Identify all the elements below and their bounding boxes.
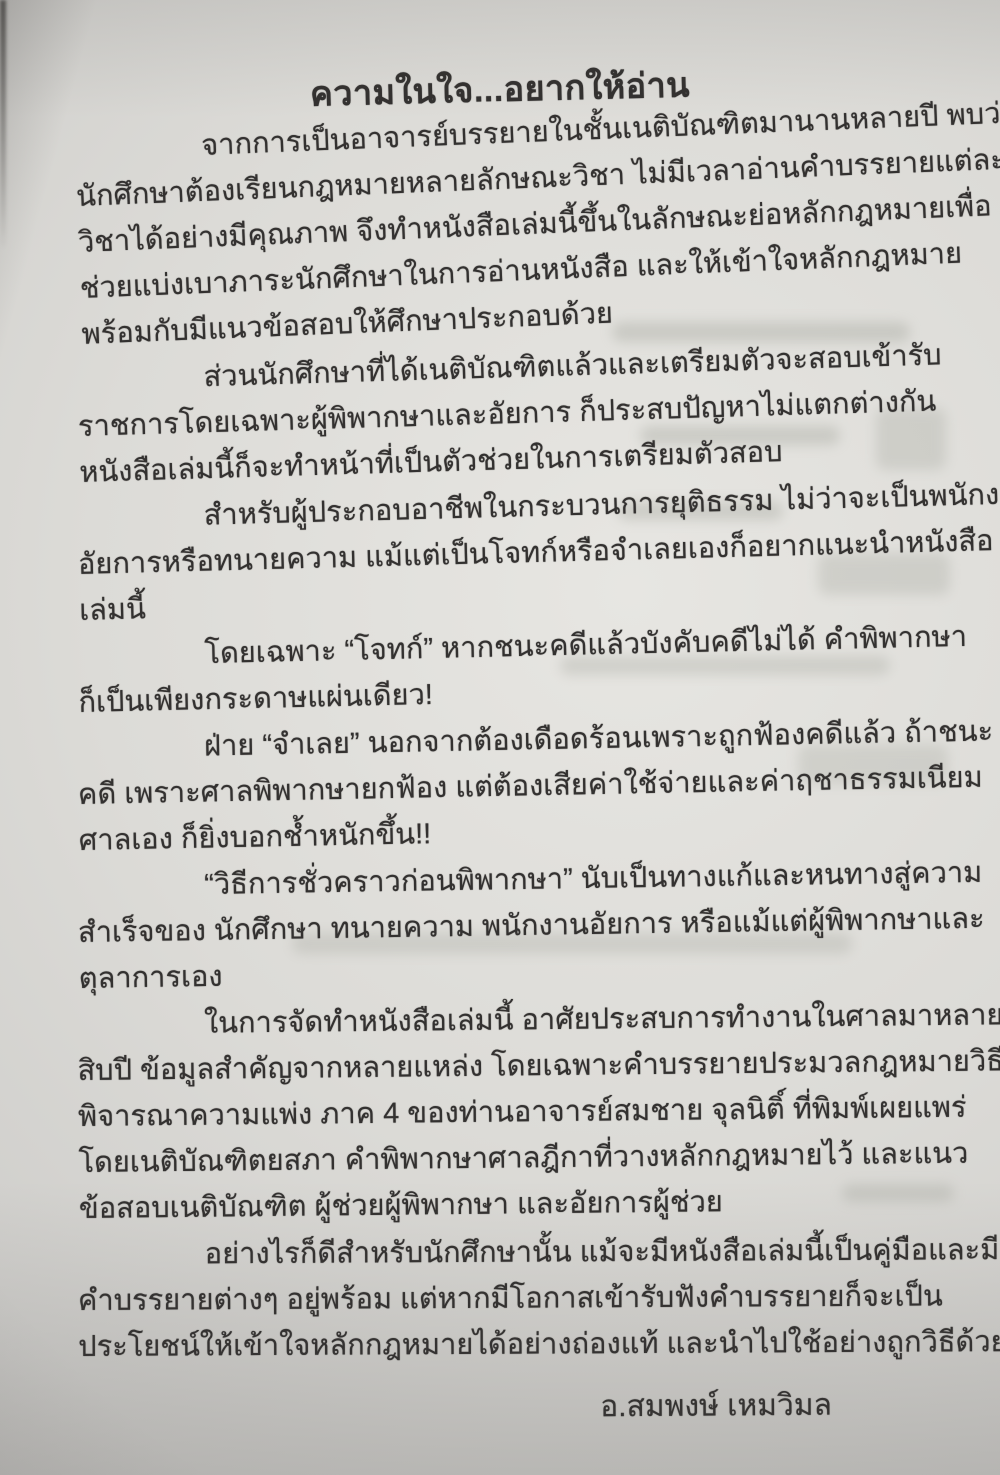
paragraph-5: ฝ่าย “จำเลย” นอกจากต้องเดือดร้อนเพราะถูก… [77, 709, 951, 864]
paragraph-8: อย่างไรก็ดีสำหรับนักศึกษานั้น แม้จะมีหนั… [78, 1227, 951, 1370]
scanned-book-page: ความในใจ...อยากให้อ่าน จากการเป็นอาจารย์… [0, 0, 1000, 1475]
text-line: ประโยชน์ให้เข้าใจหลักกฎหมายได้อย่างถ่องแ… [78, 1319, 950, 1370]
page-edge-shadow [0, 0, 6, 250]
paragraph-1: จากการเป็นอาจารย์บรรยายในชั้นเนติบัณฑิตม… [73, 93, 954, 358]
paragraph-4: โดยเฉพาะ “โจทก์” หากชนะคดีแล้วบังคับคดีไ… [77, 614, 951, 726]
paragraph-3: สำหรับผู้ประกอบอาชีพในกระบวนการยุติธรรม … [76, 473, 951, 634]
author-signature: อ.สมพงษ์ เหมวิมล [0, 1381, 1000, 1435]
text-line: อย่างไรก็ดีสำหรับนักศึกษานั้น แม้จะมีหนั… [78, 1227, 950, 1278]
paragraph-6: “วิธีการชั่วคราวก่อนพิพากษา” นับเป็นทางแ… [77, 850, 951, 1002]
text-line: ข้อสอบเนติบัณฑิต ผู้ช่วยผู้พิพากษา และอั… [79, 1177, 951, 1232]
text-line: คำบรรยายต่างๆ อยู่พร้อม แต่หากมีโอกาสเข้… [78, 1273, 950, 1324]
text-line: โดยเนติบัณฑิตยสภา คำพิพากษาศาลฎีกาที่วาง… [78, 1131, 950, 1186]
paragraph-2: ส่วนนักศึกษาที่ได้เนติบัณฑิตแล้วและเตรีย… [76, 332, 952, 496]
paragraph-7: ในการจัดทำหนังสือเล่มนี้ อาศัยประสบการทำ… [77, 993, 951, 1232]
preface-body: จากการเป็นอาจารย์บรรยายในชั้นเนติบัณฑิตม… [0, 128, 1000, 1370]
